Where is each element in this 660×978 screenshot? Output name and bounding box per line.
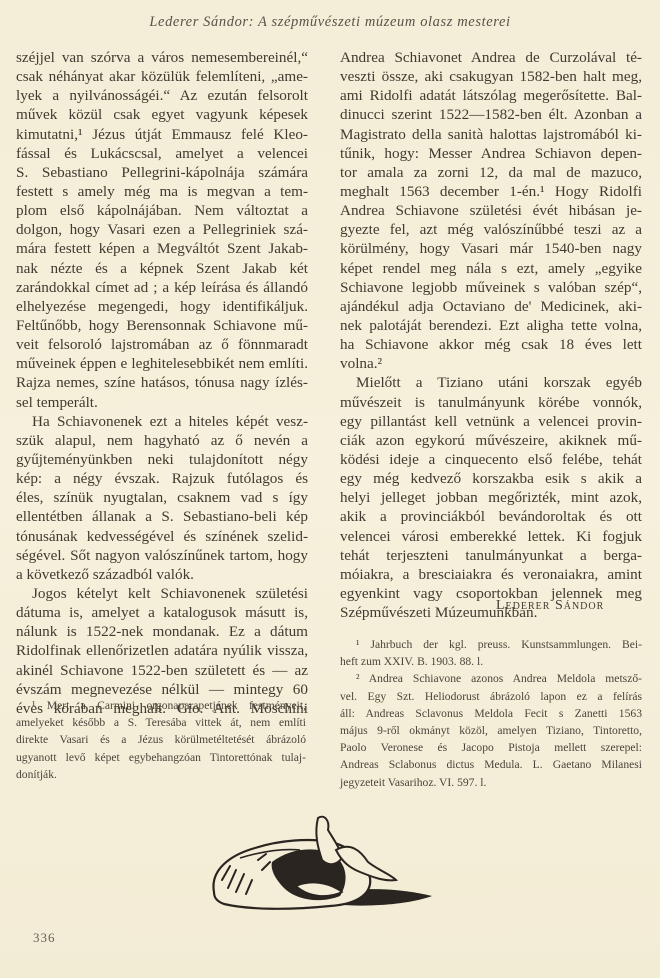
text-line: festett s amely még ma is megvan a tem-: [16, 182, 308, 201]
text-line: egy még kedvező korszakba esik s akik a: [340, 469, 642, 488]
footnotes-left: ¹ Mert a Carmini orgonaparapetjének fest…: [16, 697, 306, 783]
text-line: nek palotáját berendezi. Ezt aligha tett…: [340, 316, 642, 335]
text-line: Ha Schiavonenek ezt a hiteles képét vesz…: [16, 412, 308, 431]
text-line: ellentétben állanak a S. Sebastiano-beli…: [16, 507, 308, 526]
text-line: móiakra, a bresciaiakra és veronaiakra, …: [340, 565, 642, 584]
running-head: Lederer Sándor: A szépművészeti múzeum o…: [0, 14, 660, 31]
text-line: veit felsoroló lajstromában az ő fönnmar…: [16, 335, 308, 354]
text-line: tehát terjeszteni tanulmányunkat a berga…: [340, 546, 642, 565]
text-line: zarándokkal címet ad ; a kép leírása és …: [16, 278, 308, 297]
text-line: mára festett képen a Megváltót Szent Jak…: [16, 239, 308, 258]
text-line: S. Sebastiano Pellegrini-kápolnája számá…: [16, 163, 308, 182]
text-line: ségével. Sőt nagyon valószínűnek tartom,…: [16, 546, 308, 565]
text-line: kép: a négy évszak. Rajzuk futólagos és: [16, 469, 308, 488]
text-line: Ridolfinak ellenőrizetlen adatára nyúlik…: [16, 641, 308, 660]
text-line: sel temperált.: [16, 393, 308, 412]
text-line: dátuma is, amelyet a katalogusok másutt …: [16, 603, 308, 622]
text-line: akinél Schiavone 1522-ben született és —…: [16, 661, 308, 680]
text-line: veszti össze, aki csakugyan 1582-ben hal…: [340, 67, 642, 86]
crumpled-cloth-bag-icon: [200, 800, 440, 920]
text-line: tor amala za zorni 12, da mal de mazuco,: [340, 163, 642, 182]
author-signature: Lederer Sándor: [496, 598, 604, 614]
text-line: a következő századból valók.: [16, 565, 308, 584]
text-line: tűnik, hogy: Messer Andrea Schiavon depe…: [340, 144, 642, 163]
text-line: Feltűnőbb, hogy Berensonnak Schiavone mű…: [16, 316, 308, 335]
text-line: műveinek éppen e leghitelesebbikét nem e…: [16, 354, 308, 373]
footnote-line: áll: Andreas Sclavonus Meldola Fecit s Z…: [340, 705, 642, 722]
footnote-line: ¹ Mert a Carmini orgonaparapetjének fest…: [16, 697, 306, 714]
footnote-line: ¹ Jahrbuch der kgl. preuss. Kunstsammlun…: [340, 636, 642, 653]
text-line: ami Ridolfi adatát látszólag megerősítet…: [340, 86, 642, 105]
footnote-line: vel. Egy Szt. Heliodorust ábrázoló lapon…: [340, 688, 642, 705]
text-line: éles, színük nyugtalan, csaknem vad s íg…: [16, 488, 308, 507]
text-line: nak nézte és a képnek Szent Jakab két: [16, 259, 308, 278]
footnotes-right: ¹ Jahrbuch der kgl. preuss. Kunstsammlun…: [340, 636, 642, 791]
text-line: ködési ideje a cinquecento első felébe, …: [340, 450, 642, 469]
text-line: nálunk is 1522-nek mondanak. Ez a dátum: [16, 622, 308, 641]
text-line: kimutatni,¹ Jézus útját Emmausz felé Kle…: [16, 125, 308, 144]
text-line: gyűjteményünkben neki tulajdonított négy: [16, 450, 308, 469]
text-line: elhelyezése megengedi, hogy identifikálj…: [16, 297, 308, 316]
footnote-line: Andreas Sclabonus dictus Medula. L. Gaet…: [340, 756, 642, 773]
text-line: művek közül csak egyet vagyunk képesek: [16, 105, 308, 124]
text-line: plom első kápolnájában. Nem változtat a: [16, 201, 308, 220]
text-line: körülmény, hogy Vasari már 1540-ben nagy: [340, 239, 642, 258]
footnote-line: amelyeket később a S. Teresába vittek át…: [16, 714, 306, 731]
footnote-line: donítják.: [16, 766, 306, 783]
text-line: gyezte fel, azt még valószínűbbé teszi a…: [340, 220, 642, 239]
footnote-line: heft zum XXIV. B. 1903. 88. l.: [340, 653, 642, 670]
footnote-line: Paolo Veronese és Jacopo Pistoja mellett…: [340, 739, 642, 756]
text-line: Schiavone legjobb műveinek s valóban szé…: [340, 278, 642, 297]
footnote-line: ² Andrea Schiavone azonos Andrea Meldola…: [340, 670, 642, 687]
text-line: ciák azon egykorú művészeire, akiknek mű…: [340, 431, 642, 450]
text-line: dolgon, hogy Vasari ezen a Pellegriniek …: [16, 220, 308, 239]
text-line: ajándékul adja Octaviano de' Medicinek, …: [340, 297, 642, 316]
footnote-line: direkte Vasari és a Jézus körülmetélteté…: [16, 731, 306, 748]
right-column: Andrea Schiavonet Andrea de Curzolával t…: [340, 48, 642, 622]
text-line: volna.²: [340, 354, 642, 373]
text-line: meghalt 1563 december 1-én.¹ Hogy Ridolf…: [340, 182, 642, 201]
text-line: szük alapul, nem hagyható az ő nevén a: [16, 431, 308, 450]
text-line: velencei városi emberekké lettek. Ki fog…: [340, 527, 642, 546]
text-line: Rajza nemes, színe hatásos, tónusa nagy …: [16, 373, 308, 392]
text-line: évszám megnevezése nélkül — mintegy 60: [16, 680, 308, 699]
text-line: Mielőtt a Tiziano utáni korszak egyéb: [340, 373, 642, 392]
text-line: Magistrato della sanità halottas lajstro…: [340, 125, 642, 144]
text-line: művészeit is tanulmányunk körébe vonnók,: [340, 393, 642, 412]
text-line: tónusának kedvességével és színének szel…: [16, 527, 308, 546]
text-line: helyi jelleget jobban megőrizték, mint a…: [340, 488, 642, 507]
text-line: dinucci szerint 1522—1582-ben élt. Azonb…: [340, 105, 642, 124]
text-line: Andrea Schiavone születési évét hibásan …: [340, 201, 642, 220]
text-line: képet rendel meg nála s ezt, amely „egyi…: [340, 259, 642, 278]
text-line: akik a provinciákból bevándoroltak és ot…: [340, 507, 642, 526]
text-line: Andrea Schiavonet Andrea de Curzolával t…: [340, 48, 642, 67]
footnote-line: május 9-ről okmányt közöl, amelyen Tizia…: [340, 722, 642, 739]
text-line: ha Schiavone akkor még csak 18 éves lett: [340, 335, 642, 354]
footnote-line: ugyanott levő képet egybehangzóan Tintor…: [16, 749, 306, 766]
left-column: széjjel van szórva a város nemesemberein…: [16, 48, 308, 718]
footnote-line: jegyzeteit Vasarihoz. VI. 597. l.: [340, 774, 642, 791]
text-line: csak néhányat akar közülük felemlíteni, …: [16, 67, 308, 86]
book-page: Lederer Sándor: A szépművészeti múzeum o…: [0, 0, 660, 978]
text-line: Jogos kételyt kelt Schiavonenek születés…: [16, 584, 308, 603]
page-number: 336: [33, 930, 56, 946]
text-line: egy pillantást kell vetnünk a velencei p…: [340, 412, 642, 431]
text-line: fással és Lukácscsal, amelyet a velencei: [16, 144, 308, 163]
text-line: széjjel van szórva a város nemesemberein…: [16, 48, 308, 67]
text-line: lyek a nyilvánosságéi.“ Az ezután felsor…: [16, 86, 308, 105]
